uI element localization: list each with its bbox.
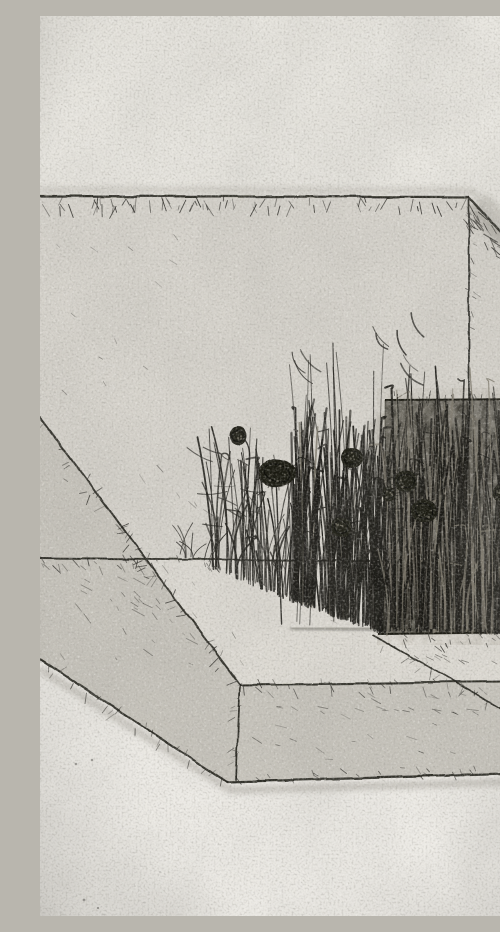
etching-print-photo bbox=[40, 16, 500, 916]
etching-scene bbox=[40, 16, 500, 916]
photo-vignette bbox=[40, 16, 500, 916]
